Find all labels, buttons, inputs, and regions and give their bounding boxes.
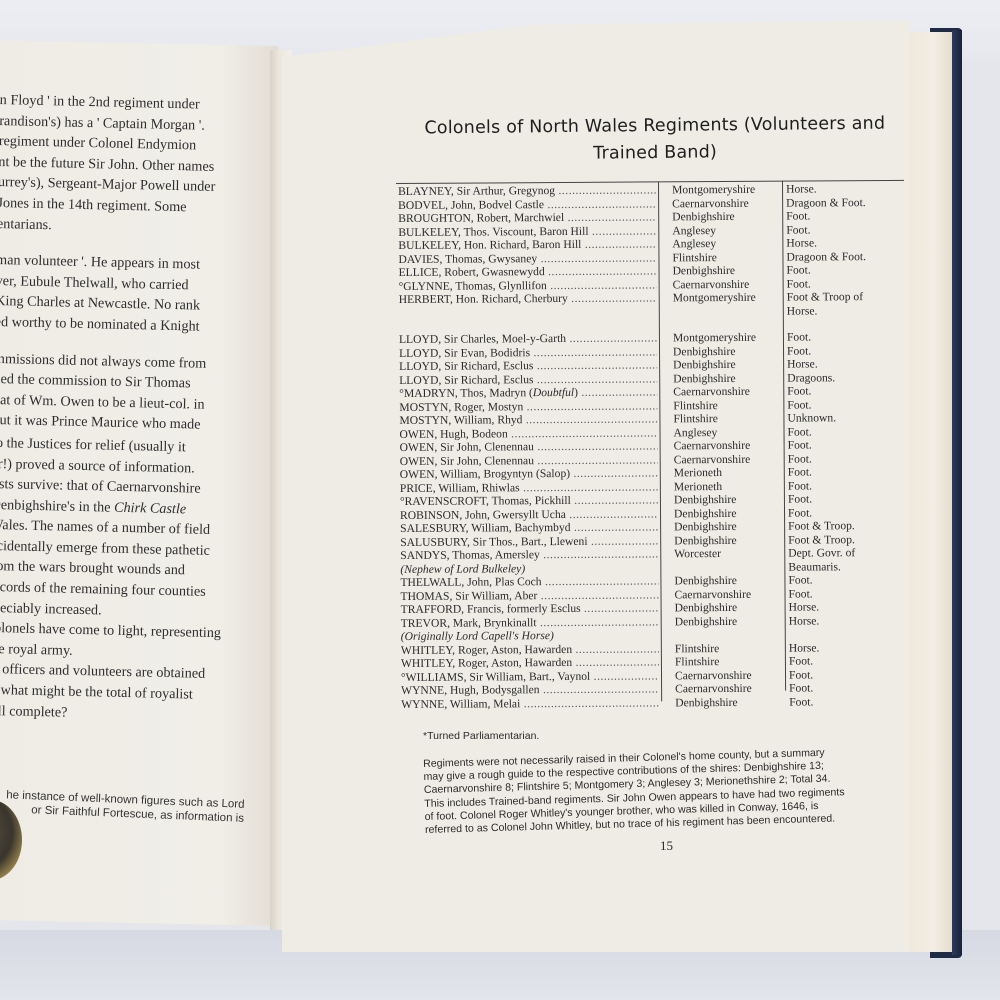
page-title: Colonels of North Wales Regiments (Volun… — [420, 111, 891, 170]
regiment-type-cell: Horse. — [789, 614, 820, 628]
county-cell: Denbighshire — [675, 614, 738, 628]
colonel-name-text: LLOYD, Sir Charles, Moel-y-Garth — [399, 332, 566, 346]
regiment-type-cell: Foot. — [786, 263, 810, 277]
leader-dots: ........................................… — [581, 237, 656, 250]
colonel-name-text: °RAVENSCROFT, Thomas, Pickhill — [400, 494, 571, 508]
county-cell: Denbighshire — [675, 695, 738, 709]
regiment-type-cell: Foot & Troop of — [787, 290, 863, 304]
county-cell: Flintshire — [673, 399, 718, 413]
regiment-type-cell: Foot. — [787, 277, 811, 291]
regiment-type-cell: Foot & Troop. — [788, 533, 855, 547]
county-cell: Denbighshire — [672, 210, 735, 224]
regiment-type-cell: Foot. — [786, 223, 810, 237]
leader-dots: ........................................… — [523, 399, 657, 413]
leader-dots: ........................................… — [587, 534, 658, 547]
regiment-type-cell: Foot. — [789, 695, 813, 709]
county-cell: Denbighshire — [674, 520, 737, 534]
county-cell: Denbighshire — [673, 264, 736, 278]
regiment-type-cell: Dept. Govr. of — [788, 546, 855, 560]
regiment-type-cell: Foot. — [789, 681, 813, 695]
leader-dots: ........................................… — [540, 682, 660, 696]
regiment-type-cell: Foot. — [788, 587, 812, 601]
county-cell: Montgomeryshire — [672, 183, 755, 197]
regiment-type-cell: Dragoons. — [787, 371, 835, 385]
county-cell: Flintshire — [673, 412, 718, 426]
leader-dots: ........................................… — [537, 251, 656, 265]
leader-dots: ........................................… — [547, 278, 657, 292]
colonel-name-text: SANDYS, Thomas, Amersley — [400, 548, 540, 562]
table-body: BLAYNEY, Sir Arthur, Gregynog ..........… — [398, 182, 909, 711]
regiment-type-cell: Horse. — [787, 357, 818, 371]
colonel-name-text: °GLYNNE, Thomas, Glynllifon — [399, 279, 547, 293]
colonel-name-text: HERBERT, Hon. Richard, Cherbury — [399, 292, 568, 306]
regiment-type-cell: Dragoon & Foot. — [786, 196, 866, 210]
colonel-name-text: BULKELEY, Thos. Viscount, Baron Hill — [398, 224, 588, 238]
leader-dots: ........................................… — [570, 466, 658, 480]
colonel-name-text: BULKELEY, Hon. Richard, Baron Hill — [398, 238, 581, 252]
colonel-name: WYNNE, William, Melai ..................… — [401, 696, 659, 711]
leader-dots: ........................................… — [530, 345, 657, 359]
leader-dots: ........................................… — [571, 493, 658, 507]
county-cell: Montgomeryshire — [673, 331, 756, 345]
county-cell: Flintshire — [672, 251, 717, 265]
leader-dots: ........................................… — [566, 331, 657, 345]
county-cell: Merioneth — [674, 466, 722, 480]
colonel-name-text: DAVIES, Thomas, Gwysaney — [398, 252, 537, 266]
leader-dots: ........................................… — [572, 655, 659, 669]
county-cell: Denbighshire — [675, 601, 738, 615]
county-cell: Caernarvonshire — [673, 385, 750, 399]
colonel-name-text: THELWALL, John, Plas Coch — [400, 575, 541, 589]
leader-dots: ........................................… — [568, 291, 657, 305]
colonel-name-text: LLOYD, Sir Richard, Esclus — [399, 359, 533, 373]
colonel-name-text: WHITLEY, Roger, Aston, Hawarden — [401, 656, 572, 670]
colonel-name-text: LLOYD, Sir Richard, Esclus — [399, 373, 533, 387]
county-cell: Caernarvonshire — [674, 439, 751, 453]
county-cell: Denbighshire — [673, 371, 736, 385]
leader-dots: ........................................… — [545, 264, 657, 278]
colonel-name-text: OWEN, Sir John, Clenennau — [400, 454, 534, 468]
book-cover-edge — [952, 30, 962, 955]
colonel-name-text: TRAFFORD, Francis, formerly Esclus — [401, 602, 581, 616]
page-title-line-1: Colonels of North Wales Regiments (Volun… — [420, 111, 890, 143]
leader-dots: ........................................… — [572, 642, 659, 656]
leader-dots: ........................................… — [542, 574, 659, 588]
page-number: 15 — [660, 838, 673, 854]
colonel-name-text: BLAYNEY, Sir Arthur, Gregynog — [398, 184, 555, 198]
colonel-name-text: °MADRYN, Thos, Madryn (Doubtful) — [399, 386, 578, 400]
leader-dots: ........................................… — [590, 669, 659, 682]
regiment-type-cell: Foot. — [788, 479, 812, 493]
leader-dots: ........................................… — [555, 183, 656, 197]
page-stack-edge — [905, 32, 953, 952]
regiment-type-cell: Horse. — [789, 641, 820, 655]
regiment-type-cell: Foot. — [788, 465, 812, 479]
regiment-type-cell: Foot. — [787, 384, 811, 398]
leader-dots: ........................................… — [537, 615, 659, 629]
regiment-type-cell: Foot. — [788, 438, 812, 452]
county-cell: Worcester — [674, 547, 721, 561]
leader-dots: ........................................… — [520, 696, 659, 710]
colonel-name-text: OWEN, Hugh, Bodeon — [399, 427, 507, 441]
leader-dots: ........................................… — [566, 507, 658, 521]
county-cell: Anglesey — [672, 237, 716, 251]
county-cell: Caernarvonshire — [673, 277, 750, 291]
leader-dots: ........................................… — [581, 601, 659, 614]
colonel-name-text: ELLICE, Robert, Gwasnewydd — [399, 265, 545, 279]
county-cell: Caernarvonshire — [672, 196, 749, 210]
regiment-type-cell: Beaumaris. — [788, 560, 841, 574]
county-cell: Denbighshire — [673, 358, 736, 372]
county-cell: Denbighshire — [674, 574, 737, 588]
colonel-name-text: LLOYD, Sir Evan, Bodidris — [399, 346, 530, 360]
left-page-text: n Floyd ' in the 2nd regiment underrandi… — [0, 90, 245, 727]
leader-dots: ........................................… — [564, 210, 656, 224]
leader-dots: ........................................… — [540, 547, 659, 561]
leader-dots: ........................................… — [571, 520, 659, 534]
page-title-line-2: Trained Band) — [420, 138, 890, 170]
county-cell: Denbighshire — [674, 533, 737, 547]
colonel-name-text: THOMAS, Sir William, Aber — [400, 589, 537, 603]
colonel-name-text: TREVOR, Mark, Brynkinallt — [401, 616, 537, 630]
colonel-name-text: BODVEL, John, Bodvel Castle — [398, 198, 544, 212]
colonel-name-text: WHITLEY, Roger, Aston, Hawarden — [401, 642, 572, 656]
county-cell: Flintshire — [675, 655, 720, 669]
regiment-type-cell: Dragoon & Foot. — [786, 250, 866, 264]
regiment-type-cell: Foot. — [787, 344, 811, 358]
county-cell: Denbighshire — [674, 506, 737, 520]
colonel-name-text: OWEN, Sir John, Clenennau — [400, 440, 534, 454]
county-cell: Denbighshire — [674, 493, 737, 507]
leader-dots: ........................................… — [534, 439, 658, 453]
county-cell: Anglesey — [673, 426, 717, 440]
county-cell: Montgomeryshire — [673, 291, 756, 305]
regiment-type-cell: Foot. — [788, 492, 812, 506]
county-cell: Caernarvonshire — [674, 452, 751, 466]
leader-dots: ........................................… — [520, 480, 658, 494]
regiment-type-cell: Foot. — [789, 668, 813, 682]
regiment-type-cell: Horse. — [786, 182, 817, 196]
colonel-name-text: °WILLIAMS, Sir William, Bart., Vaynol — [401, 669, 590, 683]
regiment-type-cell: Foot. — [788, 506, 812, 520]
county-cell: Caernarvonshire — [675, 668, 752, 682]
leader-dots: ........................................… — [508, 426, 658, 440]
colonel-name-text: WYNNE, Hugh, Bodysgallen — [401, 683, 540, 697]
regiment-type-cell: Foot. — [789, 654, 813, 668]
colonel-name-text: WYNNE, William, Melai — [401, 697, 520, 711]
regiment-type-cell: Unknown. — [787, 411, 836, 425]
colonel-name-text: PRICE, William, Rhiwlas — [400, 481, 520, 495]
leader-dots: ........................................… — [534, 453, 658, 467]
county-cell: Denbighshire — [673, 344, 736, 358]
regiment-type-cell: Foot. — [786, 209, 810, 223]
leader-dots: ........................................… — [578, 385, 657, 398]
leader-dots: ........................................… — [533, 372, 657, 386]
regiment-type-cell: Horse. — [786, 236, 817, 250]
regiment-type-cell: Foot & Troop. — [788, 519, 855, 533]
leader-dots: ........................................… — [589, 224, 657, 237]
table-footnote: *Turned Parliamentarian. — [423, 730, 539, 742]
county-cell: Anglesey — [672, 224, 716, 238]
regiment-type-cell: Foot. — [788, 452, 812, 466]
county-cell: Caernarvonshire — [675, 682, 752, 696]
county-cell: Caernarvonshire — [674, 587, 751, 601]
colonel-name-text: (Originally Lord Capell's Horse) — [401, 629, 554, 643]
regiment-type-cell: Foot. — [787, 398, 811, 412]
leader-dots: ........................................… — [522, 412, 657, 426]
colonel-name-text: SALUSBURY, Sir Thos., Bart., Lleweni — [400, 534, 587, 548]
regiment-type-cell: Foot. — [787, 425, 811, 439]
regiment-type-cell: Foot. — [788, 573, 812, 587]
colonel-name-text: BROUGHTON, Robert, Marchwiel — [398, 211, 564, 225]
leader-dots: ........................................… — [544, 197, 656, 211]
regiment-type-cell: Horse. — [789, 600, 820, 614]
leader-dots: ........................................… — [537, 588, 658, 602]
colonel-name-text: SALESBURY, William, Bachymbyd — [400, 521, 571, 535]
colonel-name-text: (Nephew of Lord Bulkeley) — [400, 562, 525, 576]
county-cell: Merioneth — [674, 480, 722, 494]
county-cell: Flintshire — [675, 642, 720, 656]
summary-paragraph: Regiments were not necessarily raised in… — [423, 745, 903, 838]
regiment-type-cell: Horse. — [787, 304, 818, 318]
colonel-name-text: MOSTYN, William, Rhyd — [399, 413, 522, 427]
colonel-name-text: ROBINSON, John, Gwersyllt Ucha — [400, 507, 566, 521]
colonel-name-text: MOSTYN, Roger, Mostyn — [399, 400, 523, 414]
regiment-type-cell: Foot. — [787, 330, 811, 344]
colonel-name-text: OWEN, William, Brogyntyn (Salop) — [400, 467, 570, 481]
leader-dots: ........................................… — [533, 358, 657, 372]
